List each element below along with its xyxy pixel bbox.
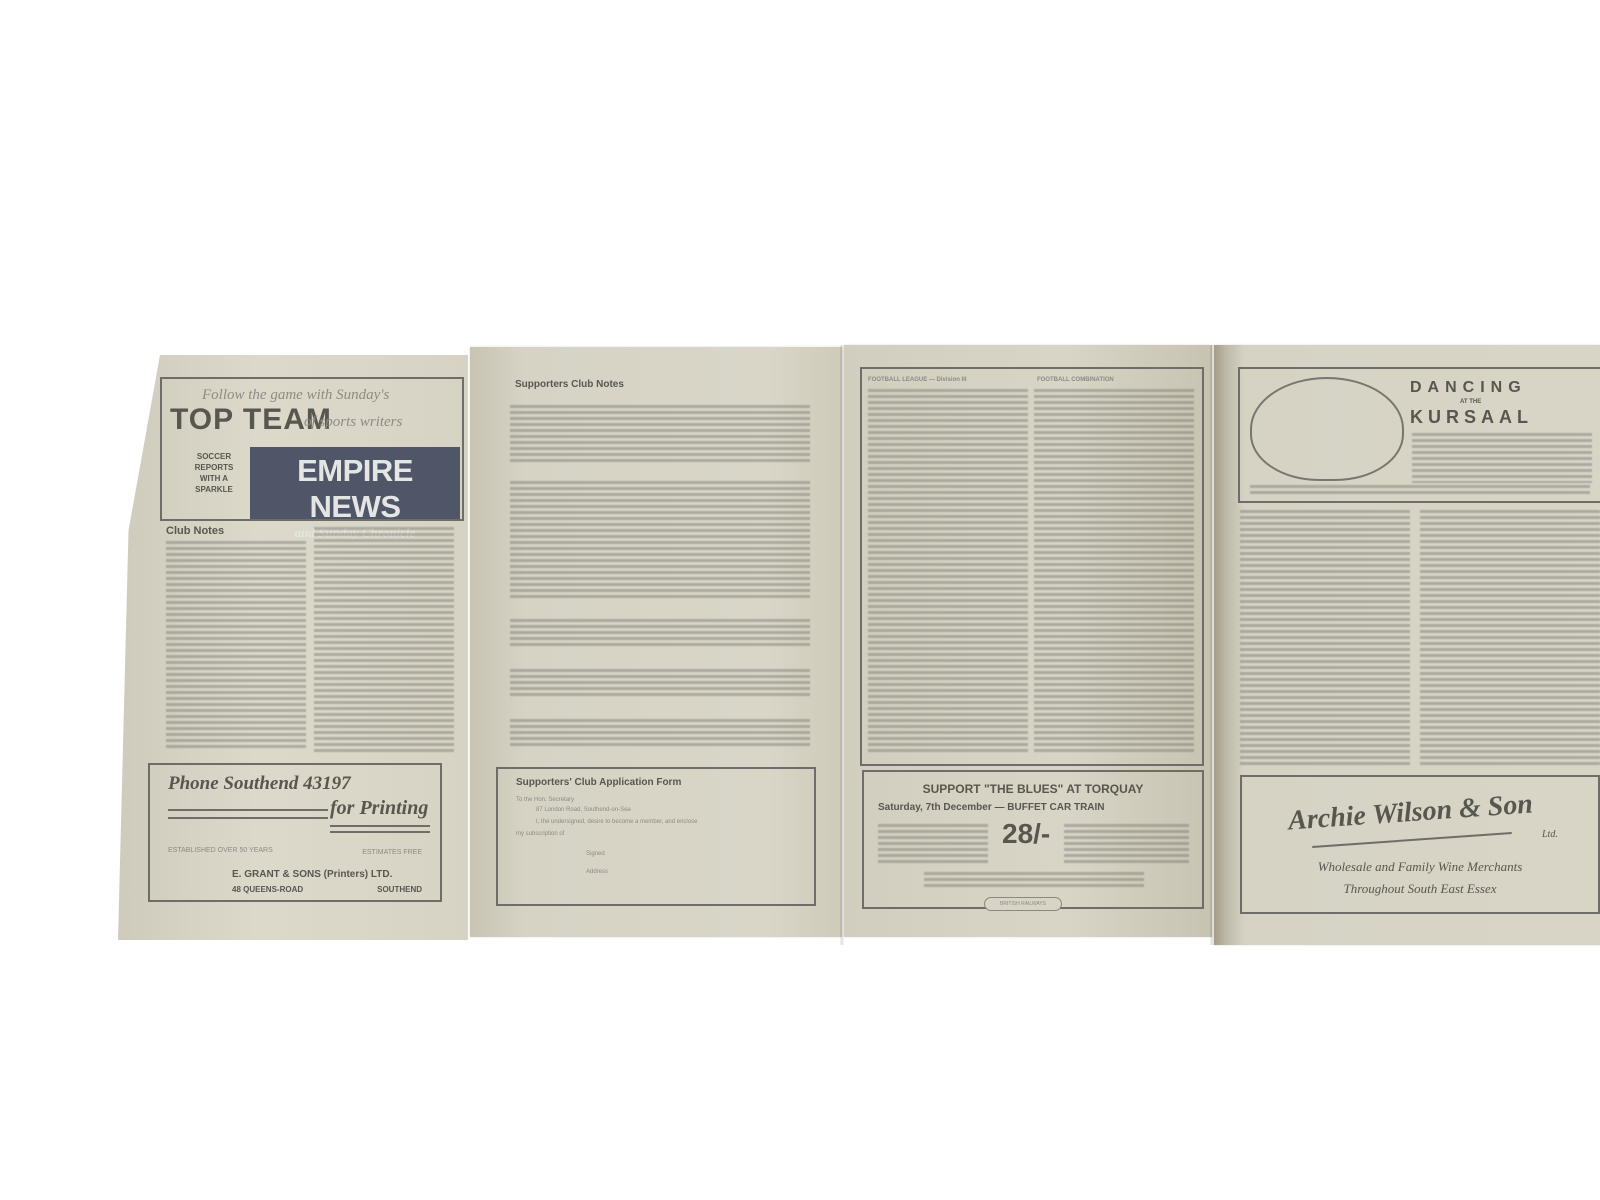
programme-sheet: Follow the game with Sunday's TOP TEAM o…: [118, 345, 1600, 945]
dancing-heading: DANCING: [1410, 379, 1527, 397]
panel-supporters-club: Supporters Club Notes Supporters' Club A…: [470, 347, 842, 937]
for-printing: for Printing: [330, 797, 428, 820]
ltd: Ltd.: [1542, 829, 1558, 840]
fare-price: 28/-: [1002, 818, 1050, 850]
follow-line: Follow the game with Sunday's: [202, 387, 389, 404]
ad-rule: [168, 809, 328, 819]
kursaal-heading: KURSAAL: [1410, 407, 1533, 428]
form-title: Supporters' Club Application Form: [516, 777, 681, 788]
palace-column-right: [1420, 510, 1600, 765]
printing-ad: Phone Southend 43197 for Printing ESTABL…: [148, 763, 442, 902]
club-notes-heading: Club Notes: [166, 525, 224, 537]
kursaal-emblem-icon: [1250, 377, 1404, 481]
departure-times-left: [878, 824, 988, 864]
estimates-free: ESTIMATES FREE: [362, 849, 422, 856]
form-signed[interactable]: Signed: [586, 851, 605, 857]
dance-times: [1412, 433, 1592, 483]
form-subscription: my subscription of: [516, 831, 564, 837]
logo-underline: [1312, 832, 1512, 848]
region-line: Throughout South East Essex: [1242, 881, 1598, 897]
palace-column-left: [1240, 510, 1410, 765]
paragraph-train: [510, 669, 810, 699]
league-heading: FOOTBALL LEAGUE — Division III: [868, 377, 967, 383]
departure-times-right: [1064, 824, 1189, 864]
ad-rule: [330, 825, 430, 833]
archie-wilson-ad: Archie Wilson & Son Ltd. Wholesale and F…: [1240, 775, 1600, 914]
club-notes-column-right: [314, 527, 454, 752]
established: ESTABLISHED OVER 50 YEARS: [168, 847, 273, 854]
paragraph-coach: [510, 619, 810, 649]
form-address-line: 87 London Road, Southend-on-Sea: [536, 807, 631, 813]
fixtures-table: FOOTBALL LEAGUE — Division III FOOTBALL …: [860, 367, 1204, 766]
form-address[interactable]: Address: [586, 869, 608, 875]
company-name: E. GRANT & SONS (Printers) LTD.: [232, 869, 392, 880]
wine-merchants-line: Wholesale and Family Wine Merchants: [1242, 859, 1598, 875]
form-to: To the Hon. Secretary: [516, 797, 574, 803]
combination-fixture-list: [1034, 389, 1194, 754]
archie-wilson-logo: Archie Wilson & Son: [1287, 788, 1534, 837]
paragraph-trowbridge: [510, 481, 810, 601]
panel-kursaal: DANCING AT THE KURSAAL Archie Wilson & S…: [1214, 345, 1600, 945]
kursaal-ad: DANCING AT THE KURSAAL: [1238, 367, 1600, 503]
sports-writers: of sports writers: [304, 414, 402, 431]
company-town: SOUTHEND: [377, 885, 422, 894]
company-address: 48 QUEENS-ROAD: [232, 885, 303, 894]
torquay-title: SUPPORT "THE BLUES" AT TORQUAY: [864, 782, 1202, 796]
torquay-subtitle: Saturday, 7th December — BUFFET CAR TRAI…: [878, 802, 1105, 813]
combination-heading: FOOTBALL COMBINATION: [1037, 377, 1114, 383]
panel-fixtures: FOOTBALL LEAGUE — Division III FOOTBALL …: [844, 345, 1212, 937]
panel-club-notes: Follow the game with Sunday's TOP TEAM o…: [118, 355, 468, 940]
paragraph-welcome: [510, 405, 810, 465]
at-the: AT THE: [1460, 399, 1481, 405]
torquay-train-ad: SUPPORT "THE BLUES" AT TORQUAY Saturday,…: [862, 770, 1204, 909]
paragraph-whist: [510, 719, 810, 749]
soccer-reports: SOCCER REPORTS WITH A SPARKLE: [174, 451, 254, 495]
application-form: Supporters' Club Application Form To the…: [496, 767, 816, 906]
empire-news-ad: Follow the game with Sunday's TOP TEAM o…: [160, 377, 464, 521]
ad-footnote: [924, 872, 1144, 890]
league-fixture-list: [868, 389, 1028, 754]
supporters-club-heading: Supporters Club Notes: [515, 379, 624, 390]
phone-number: Phone Southend 43197: [168, 773, 351, 795]
kursaal-footer: [1250, 485, 1590, 495]
empire-news-banner: EMPIRE NEWS and Sunday Chronicle: [250, 447, 460, 519]
form-body: I, the undersigned, desire to become a m…: [536, 819, 697, 825]
club-notes-column-left: [166, 541, 306, 751]
british-railways-badge: BRITISH RAILWAYS: [984, 897, 1062, 911]
